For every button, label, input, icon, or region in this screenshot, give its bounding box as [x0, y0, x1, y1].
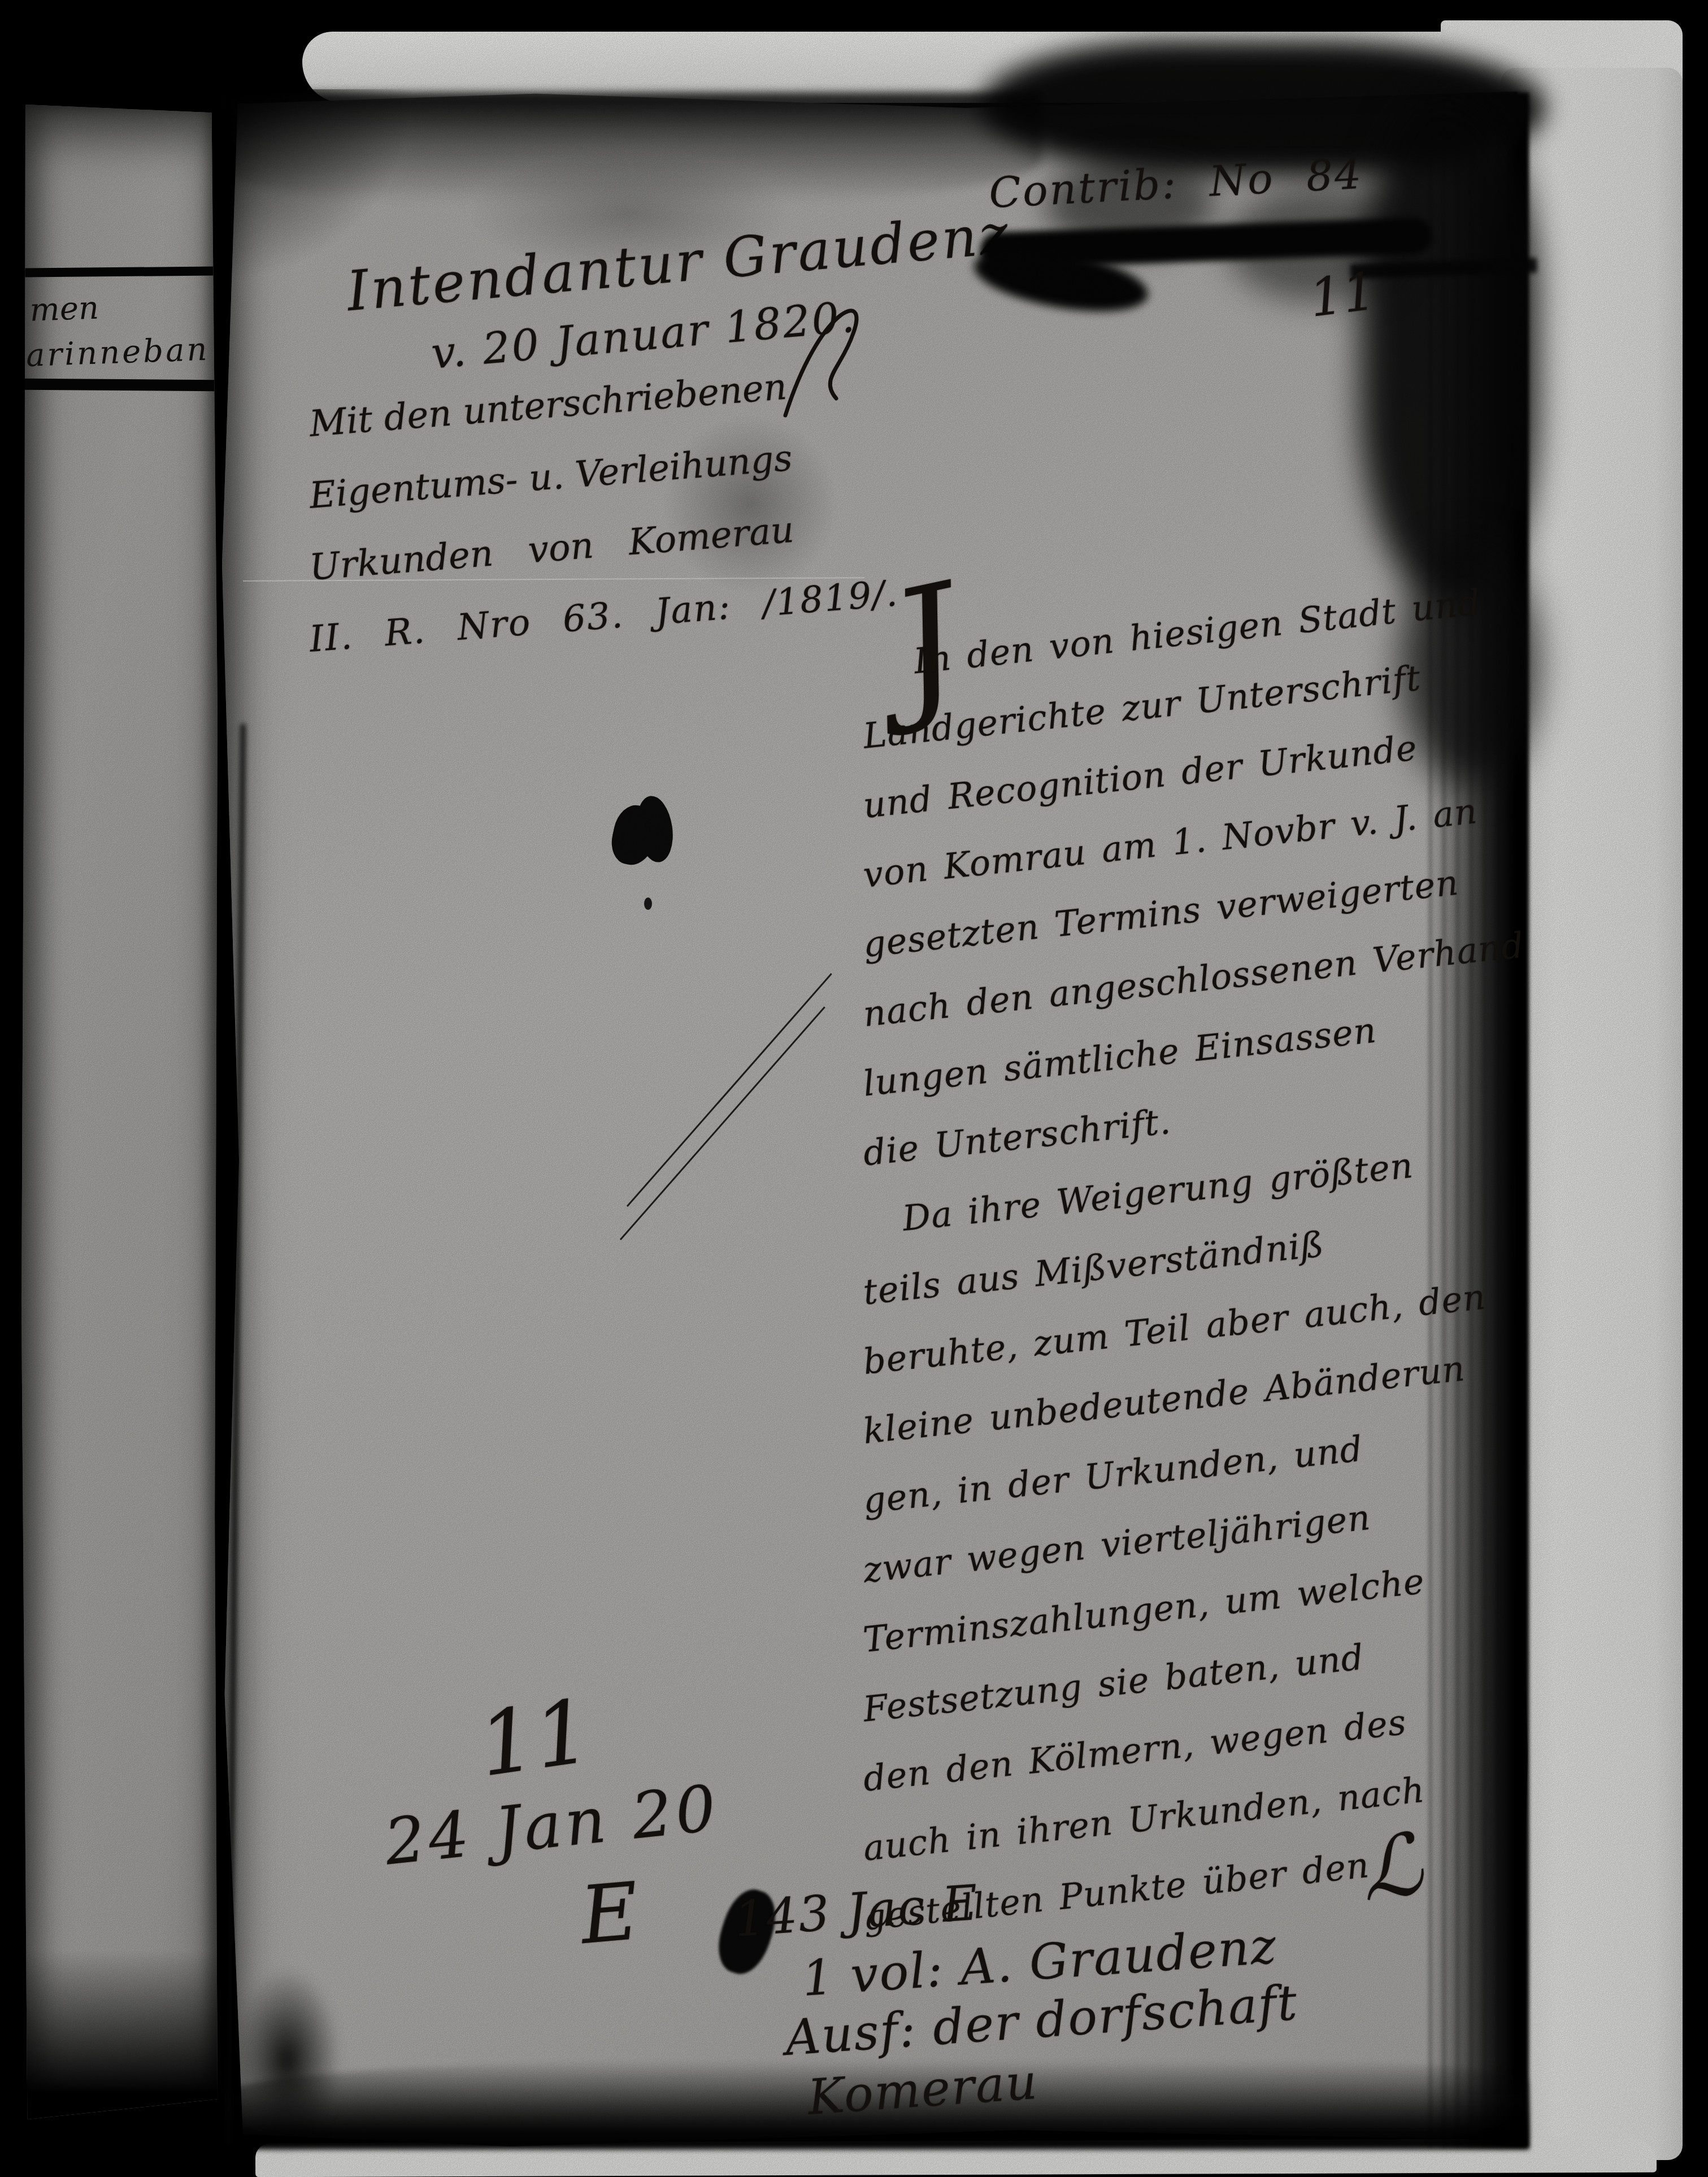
cutoff-text-fragment: men tarinneban	[21, 280, 218, 379]
fragment-line: tarinneban	[21, 326, 218, 379]
burn-blob	[1361, 93, 1537, 602]
fragment-line: men	[29, 280, 218, 333]
strip-shadow	[21, 1950, 218, 2119]
reference-block: Mit den unterschriebenen Eigentums- u. V…	[310, 389, 942, 676]
filing-note: 143 Jac E 1 vol: A. Graudenz Ausf: der d…	[735, 1890, 1299, 2128]
ruled-line	[21, 379, 218, 392]
facing-page-strip: men tarinneban	[21, 105, 218, 2119]
ruled-line	[21, 266, 218, 277]
body-text: In den von hiesigen Stadt und Landgerich…	[863, 632, 1575, 1953]
burnt-top-left-corner	[224, 89, 416, 281]
ink-speck	[644, 897, 652, 910]
burnt-bottom-left-corner	[216, 1939, 358, 2177]
scanned-document: men tarinneban Contrib: No 84 11 Intenda…	[0, 0, 1708, 2177]
registry-mark: 11	[472, 1680, 597, 1797]
registry-initial: E	[577, 1866, 642, 1962]
page-number: 11	[1306, 261, 1379, 328]
